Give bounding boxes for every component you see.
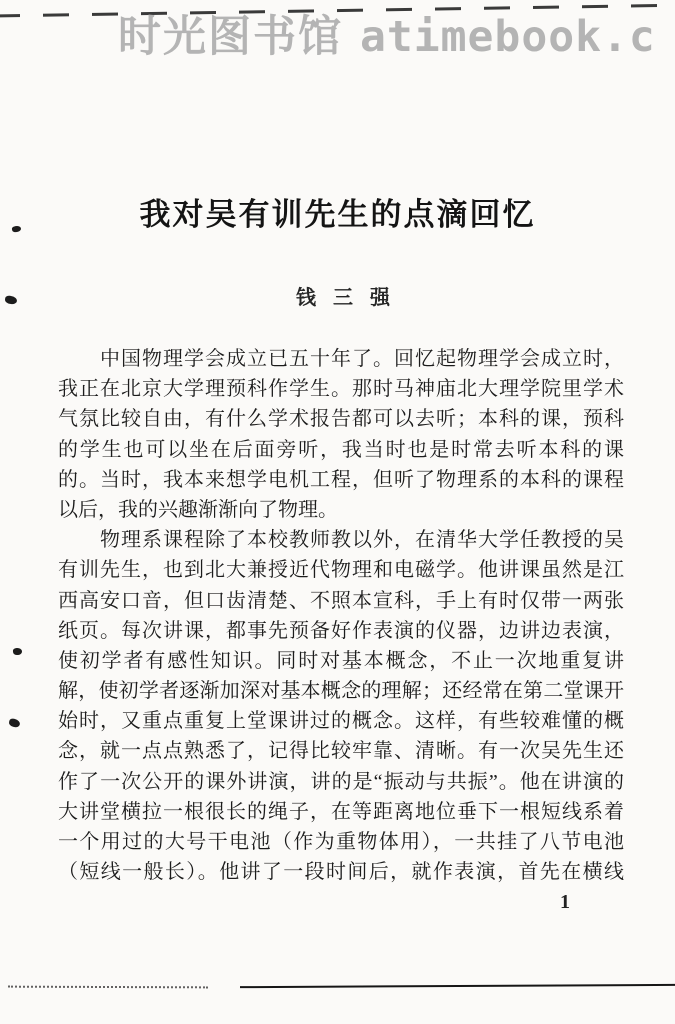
body-line: 有训先生，也到北大兼授近代物理和电磁学。他讲课虽然是江	[58, 555, 624, 585]
body-line: 使初学者有感性知识。同时对基本概念，不止一次地重复讲	[58, 646, 624, 676]
watermark-cn-text: 时光图书馆	[118, 12, 343, 62]
body-line: 一个用过的大号干电池（作为重物体用），一共挂了八节电池	[58, 827, 624, 857]
page-bottom-edge-fragment	[8, 986, 208, 989]
body-line: 解，使初学者逐渐加深对基本概念的理解；还经常在第二堂课开	[58, 676, 624, 706]
body-line: 作了一次公开的课外讲演，讲的是“振动与共振”。他在讲演的	[58, 767, 624, 797]
page-bottom-edge-line	[240, 984, 675, 988]
author-name: 钱三强	[14, 281, 675, 310]
body-line: 的学生也可以坐在后面旁听，我当时也是时常去听本科的课	[58, 435, 624, 465]
body-line: 气氛比较自由，有什么学术报告都可以去听；本科的课，预科	[58, 404, 624, 434]
body-line: （短线一般长）。他讲了一段时间后，就作表演，首先在横线	[58, 857, 624, 887]
body-line: 始时，又重点重复上堂课讲过的概念。这样，有些较难懂的概	[58, 706, 624, 736]
body-line: 的。当时，我本来想学电机工程，但听了物理系的本科的课程	[58, 465, 624, 495]
body-line: 念，就一点点熟悉了，记得比较牢靠、清晰。有一次吴先生还	[58, 736, 624, 766]
body-line: 物理系课程除了本校教师教以外，在清华大学任教授的吴	[58, 525, 624, 555]
scanned-book-page: 时光图书馆 atimebook.c 我对吴有训先生的点滴回忆 钱三强 中国物理学…	[0, 0, 675, 1024]
body-line: 中国物理学会成立已五十年了。回忆起物理学会成立时，	[58, 344, 624, 374]
body-line: 大讲堂横拉一根很长的绳子，在等距离地位垂下一根短线系着	[58, 797, 624, 827]
body-line: 西高安口音，但口齿清楚、不照本宣科，手上有时仅带一两张	[58, 586, 624, 616]
body-line: 以后，我的兴趣渐渐向了物理。	[58, 495, 624, 525]
ink-speck	[13, 648, 23, 656]
article-title: 我对吴有训先生的点滴回忆	[0, 189, 675, 234]
library-watermark: 时光图书馆 atimebook.c	[118, 13, 656, 61]
article-body: 中国物理学会成立已五十年了。回忆起物理学会成立时， 我正在北京大学理预科作学生。…	[58, 344, 624, 887]
watermark-site-text: atimebook.c	[360, 12, 656, 62]
ink-speck	[8, 718, 21, 728]
body-line: 纸页。每次讲课，都事先预备好作表演的仪器，边讲边表演，	[58, 616, 624, 646]
page-number: 1	[560, 891, 570, 914]
body-line: 我正在北京大学理预科作学生。那时马神庙北大理学院里学术	[58, 374, 624, 404]
